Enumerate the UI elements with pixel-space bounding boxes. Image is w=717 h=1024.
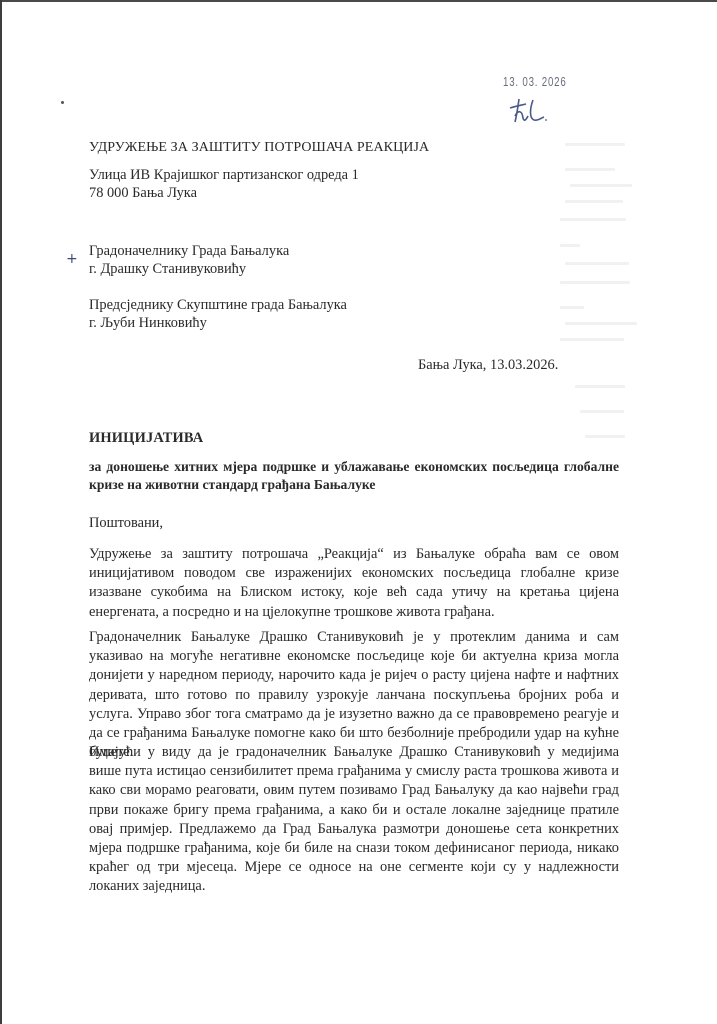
received-date-stamp: 13. 03. 2026 <box>503 75 567 89</box>
document-heading: ИНИЦИЈАТИВА <box>89 430 203 447</box>
recipient-name: г. Драшку Станивуковићу <box>89 260 289 278</box>
scan-edge-top <box>0 0 717 2</box>
document-subheading: за доношење хитних мјера подршке и ублаж… <box>89 458 619 494</box>
sender-address: Улица ИВ Крајишког партизанског одреда 1… <box>89 166 359 202</box>
recipient-assembly-president: Предсједнику Скупштине града Бањалука г.… <box>89 296 347 332</box>
address-street: Улица ИВ Крајишког партизанског одреда 1 <box>89 166 359 184</box>
body-paragraph: Удружење за заштиту потрошача „Реакција“… <box>89 545 619 622</box>
recipient-name: г. Љуби Нинковићу <box>89 314 347 332</box>
scan-edge-left <box>0 0 2 1024</box>
recipient-title: Градоначелнику Града Бањалука <box>89 242 289 260</box>
salutation: Поштовани, <box>89 515 163 532</box>
address-city: 78 000 Бања Лука <box>89 184 359 202</box>
sender-organization: УДРУЖЕЊЕ ЗА ЗАШТИТУ ПОТРОШАЧА РЕАКЦИЈА <box>89 139 429 157</box>
scan-speck <box>61 101 64 104</box>
place-and-date: Бања Лука, 13.03.2026. <box>418 357 558 374</box>
handwritten-signature-icon <box>506 96 550 124</box>
pen-mark-icon: + <box>66 251 78 267</box>
recipient-title: Предсједнику Скупштине града Бањалука <box>89 296 347 314</box>
body-paragraph: Имајући у виду да је градоначелник Бањал… <box>89 743 619 897</box>
recipient-mayor: Градоначелнику Града Бањалука г. Драшку … <box>89 242 289 278</box>
